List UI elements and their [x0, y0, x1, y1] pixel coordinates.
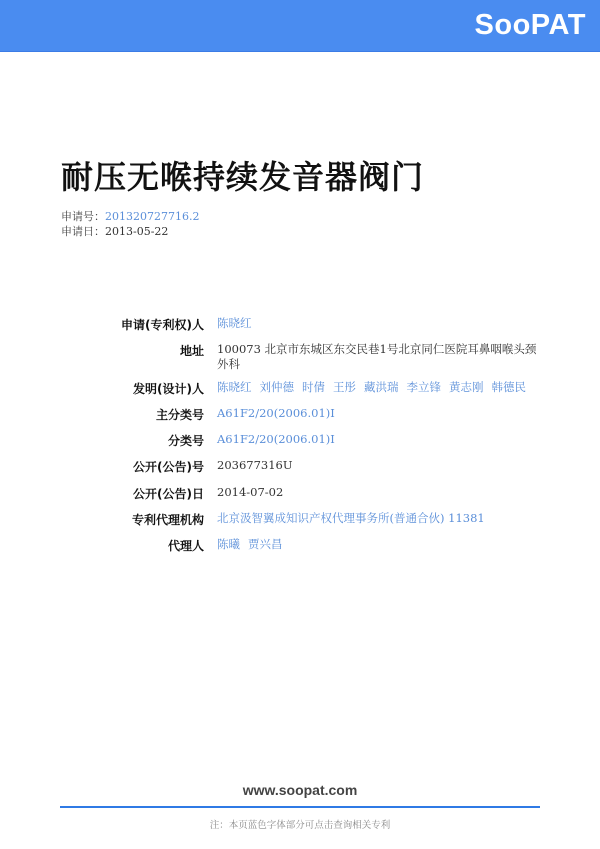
agents-label: 代理人: [168, 537, 204, 554]
site-url[interactable]: www.soopat.com: [0, 782, 600, 798]
class-label: 分类号: [168, 432, 204, 449]
publication-date-label: 公开(公告)日: [133, 485, 204, 502]
inventor-link[interactable]: 韩德民: [492, 380, 527, 394]
inventors-list: 陈晓红刘仲德时倩王彤藏洪瑞李立锋黄志刚韩德民: [217, 380, 557, 395]
publication-number-label: 公开(公告)号: [133, 458, 204, 475]
class-link[interactable]: A61F2/20(2006.01)I: [217, 432, 537, 447]
application-number: 申请号：201320727716.2: [61, 208, 199, 224]
address-label: 地址: [180, 342, 204, 359]
inventor-link[interactable]: 时倩: [302, 380, 325, 394]
publication-number-value: 203677316U: [217, 458, 537, 473]
agency-link[interactable]: 北京汲智翼成知识产权代理事务所(普通合伙) 11381: [217, 511, 537, 526]
patent-title: 耐压无喉持续发音器阀门: [61, 152, 424, 198]
inventor-link[interactable]: 李立锋: [407, 380, 442, 394]
applicant-link[interactable]: 陈晓红: [217, 316, 537, 331]
inventor-link[interactable]: 刘仲德: [260, 380, 295, 394]
application-date: 申请日：2013-05-22: [61, 223, 168, 239]
inventor-link[interactable]: 陈晓红: [217, 380, 252, 394]
inventor-link[interactable]: 王彤: [333, 380, 356, 394]
main-class-link[interactable]: A61F2/20(2006.01)I: [217, 406, 537, 421]
agent-link[interactable]: 陈曦: [217, 537, 240, 551]
publication-date-value: 2014-07-02: [217, 485, 537, 500]
application-date-label: 申请日：: [61, 225, 105, 238]
inventor-link[interactable]: 藏洪瑞: [364, 380, 399, 394]
application-number-link[interactable]: 201320727716.2: [105, 210, 199, 223]
header-bar: SooPAT: [0, 0, 600, 52]
application-date-value: 2013-05-22: [105, 225, 168, 238]
main-class-label: 主分类号: [156, 406, 204, 423]
address-value: 100073 北京市东城区东交民巷1号北京同仁医院耳鼻咽喉头颈外科: [217, 342, 537, 372]
footer-note: 注：本页蓝色字体部分可点击查询相关专利: [0, 817, 600, 831]
soopat-logo[interactable]: SooPAT: [475, 9, 586, 42]
applicant-label: 申请(专利权)人: [121, 316, 204, 333]
application-number-label: 申请号：: [61, 210, 105, 223]
inventor-link[interactable]: 黄志刚: [449, 380, 484, 394]
inventors-label: 发明(设计)人: [133, 380, 204, 397]
agency-label: 专利代理机构: [132, 511, 204, 528]
agent-link[interactable]: 贾兴昌: [248, 537, 283, 551]
agents-list: 陈曦贾兴昌: [217, 537, 537, 552]
footer-divider: [60, 806, 540, 808]
